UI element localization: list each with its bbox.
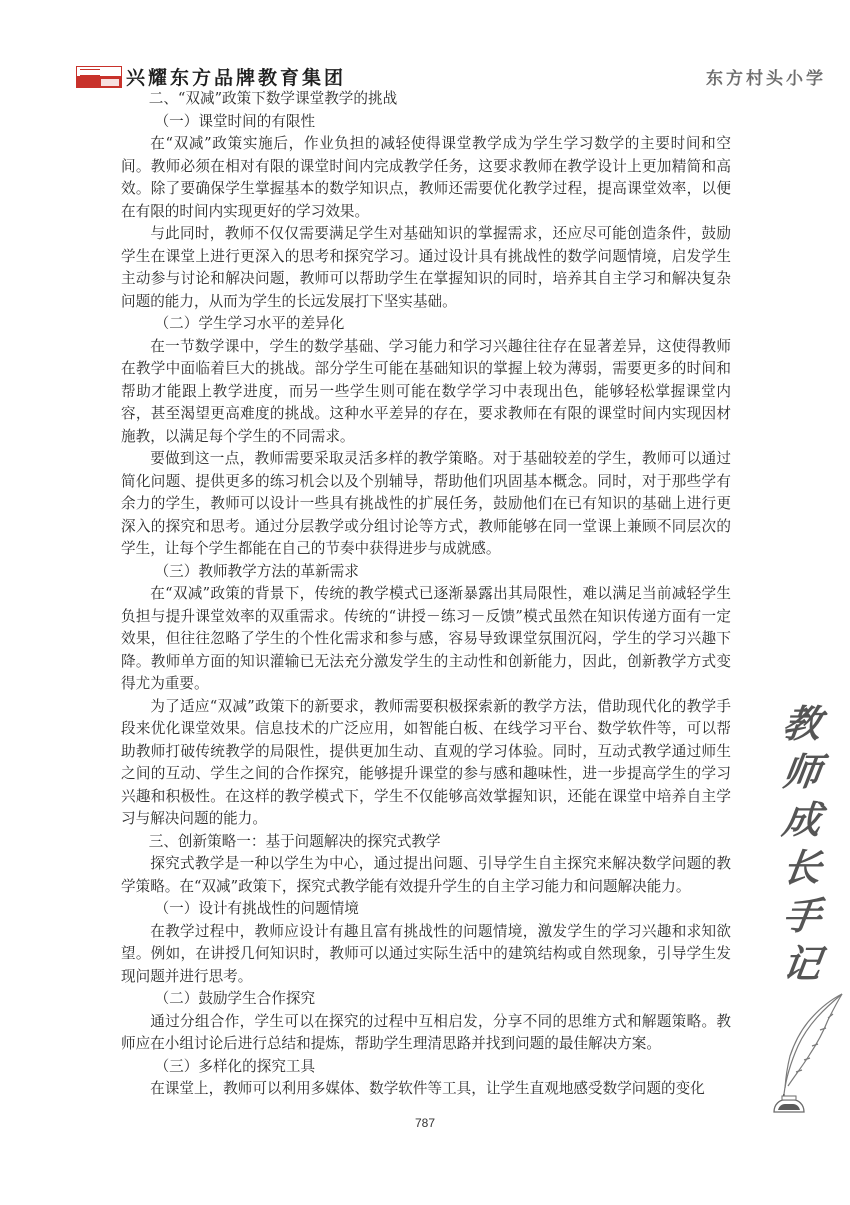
school-name: 东方村头小学 bbox=[706, 64, 826, 89]
paragraph: 在一节数学课中，学生的数学基础、学习能力和学习兴趣往往存在显著差异，这使得教师在… bbox=[121, 336, 731, 449]
paragraph: 在“双减”政策的背景下，传统的教学模式已逐渐暴露出其局限性，难以满足当前减轻学生… bbox=[121, 583, 731, 696]
header-brand: 兴耀东方品牌教育集团 bbox=[76, 63, 346, 90]
subsection-heading: （二）鼓励学生合作探究 bbox=[121, 988, 731, 1011]
calligraphy-char: 手 bbox=[780, 892, 825, 940]
paragraph: 要做到这一点，教师需要采取灵活多样的教学策略。对于基础较差的学生，教师可以通过简… bbox=[121, 448, 731, 561]
paragraph: 在课堂上，教师可以利用多媒体、数学软件等工具，让学生直观地感受数学问题的变化 bbox=[121, 1078, 731, 1101]
subsection-heading: （一）课堂时间的有限性 bbox=[121, 111, 731, 134]
subsection-heading: （三）多样化的探究工具 bbox=[121, 1056, 731, 1079]
quill-inkwell-icon bbox=[770, 990, 850, 1115]
org-name: 兴耀东方品牌教育集团 bbox=[126, 63, 346, 90]
article-body: 二、“双减”政策下数学课堂教学的挑战 （一）课堂时间的有限性 在“双减”政策实施… bbox=[121, 88, 731, 1101]
subsection-heading: （三）教师教学方法的革新需求 bbox=[121, 561, 731, 584]
calligraphy-char: 长 bbox=[780, 844, 825, 892]
page-number: 787 bbox=[0, 1116, 850, 1130]
subsection-heading: （二）学生学习水平的差异化 bbox=[121, 313, 731, 336]
calligraphy-char: 记 bbox=[780, 940, 825, 988]
section-heading: 二、“双减”政策下数学课堂教学的挑战 bbox=[121, 88, 731, 111]
paragraph: 在“双减”政策实施后，作业负担的减轻使得课堂教学成为学生学习数学的主要时间和空间… bbox=[121, 133, 731, 223]
calligraphy-char: 教 bbox=[780, 700, 825, 748]
calligraphy-char: 师 bbox=[780, 748, 825, 796]
calligraphy-char: 成 bbox=[780, 796, 825, 844]
calligraphy-title: 教 师 成 长 手 记 bbox=[772, 700, 832, 988]
section-heading: 三、创新策略一：基于问题解决的探究式教学 bbox=[121, 831, 731, 854]
paragraph: 探究式教学是一种以学生为中心，通过提出问题、引导学生自主探究来解决数学问题的教学… bbox=[121, 853, 731, 898]
paragraph: 与此同时，教师不仅仅需要满足学生对基础知识的掌握需求，还应尽可能创造条件，鼓励学… bbox=[121, 223, 731, 313]
brand-logo-icon bbox=[76, 66, 122, 88]
paragraph: 通过分组合作，学生可以在探究的过程中互相启发，分享不同的思维方式和解题策略。教师… bbox=[121, 1011, 731, 1056]
paragraph: 在教学过程中，教师应设计有趣且富有挑战性的问题情境，激发学生的学习兴趣和求知欲望… bbox=[121, 921, 731, 989]
paragraph: 为了适应“双减”政策下的新要求，教师需要积极探索新的教学方法，借助现代化的教学手… bbox=[121, 696, 731, 831]
subsection-heading: （一）设计有挑战性的问题情境 bbox=[121, 898, 731, 921]
